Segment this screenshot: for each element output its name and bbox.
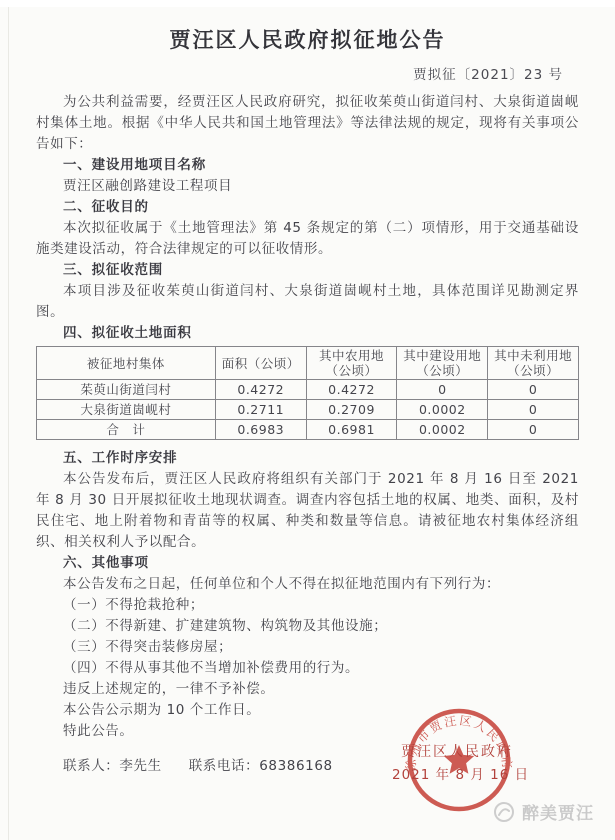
section1-heading: 一、建设用地项目名称 [36,155,579,176]
table-header-cell: 面积（公顷） [215,347,306,380]
section2-heading: 二、征收目的 [36,197,579,218]
section6-heading: 六、其他事项 [36,553,579,574]
watermark: 醉美贾汪 [492,799,594,824]
table-cell: 0 [397,380,488,400]
table-cell: 0.6981 [306,420,397,440]
table-row: 大泉街道崮岘村 0.2711 0.2709 0.0002 0 [37,400,579,420]
section6-item: （四）不得从事其他不当增加补偿费用的行为。 [36,658,579,679]
table-cell: 大泉街道崮岘村 [37,400,216,420]
table-cell: 茱萸山街道闫村 [37,380,216,400]
section6-item: （一）不得抢栽抢种； [36,595,579,616]
table-cell: 0 [488,380,579,400]
table-cell: 0.4272 [215,380,306,400]
intro-paragraph: 为公共利益需要，经贾汪区人民政府研究，拟征收茱萸山街道闫村、大泉街道崮岘村集体土… [36,92,579,155]
table-cell: 合 计 [37,420,216,440]
table-header-cell: 其中未利用地（公顷） [488,347,579,380]
document-number: 贾拟征〔2021〕23 号 [36,66,579,85]
watermark-text: 醉美贾汪 [522,799,594,824]
page-title: 贾汪区人民政府拟征地公告 [36,26,579,54]
table-cell: 0 [488,420,579,440]
signature-date: 2021 年 8 月 16 日 [392,763,529,783]
section6-lead: 本公告发布之日起，任何单位和个人不得在拟征地范围内有下列行为： [36,574,579,595]
section3-body: 本项目涉及征收茱萸山街道闫村、大泉街道崮岘村土地，具体范围详见勘测定界图。 [36,281,579,323]
closing-note: 特此公告。 [36,721,579,742]
table-header-row: 被征地村集体 面积（公顷） 其中农用地（公顷） 其中建设用地（公顷） 其中未利用… [37,347,579,380]
section6-item: （二）不得新建、扩建建筑物、构筑物及其他设施； [36,616,579,637]
table-cell: 0 [488,400,579,420]
table-cell: 0.0002 [397,400,488,420]
section6-item: （三）不得突击装修房屋； [36,637,579,658]
announcement-page: 贾汪区人民政府拟征地公告 贾拟征〔2021〕23 号 为公共利益需要，经贾汪区人… [0,0,615,840]
no-compensation-note: 违反上述规定的，一律不予补偿。 [36,679,579,700]
land-area-table: 被征地村集体 面积（公顷） 其中农用地（公顷） 其中建设用地（公顷） 其中未利用… [36,346,579,440]
land-area-table-wrap: 被征地村集体 面积（公顷） 其中农用地（公顷） 其中建设用地（公顷） 其中未利用… [36,346,579,440]
table-header-cell: 其中建设用地（公顷） [397,347,488,380]
section5-heading: 五、工作时序安排 [36,448,579,469]
table-cell: 0.4272 [306,380,397,400]
table-cell: 0.0002 [397,420,488,440]
table-cell: 0.2709 [306,400,397,420]
section5-body: 本公告发布后，贾汪区人民政府将组织有关部门于 2021 年 8 月 16 日至 … [36,469,579,553]
signature-authority: 贾汪区人民政府 [401,741,513,761]
section2-body: 本次拟征收属于《土地管理法》第 45 条规定的第（二）项情形，用于交通基础设施类… [36,218,579,260]
table-header-cell: 被征地村集体 [37,347,216,380]
document-content: 贾汪区人民政府拟征地公告 贾拟征〔2021〕23 号 为公共利益需要，经贾汪区人… [0,26,615,777]
table-row: 茱萸山街道闫村 0.4272 0.4272 0 0 [37,380,579,400]
publicity-period-note: 本公告公示期为 10 个工作日。 [36,700,579,721]
table-cell: 0.2711 [215,400,306,420]
section4-heading: 四、拟征收土地面积 [36,323,579,344]
contact-person: 联系人：李先生 [63,758,162,774]
watermark-logo-icon [492,800,516,824]
contact-phone: 联系电话：68386168 [189,758,333,774]
table-header-cell: 其中农用地（公顷） [306,347,397,380]
section1-body: 贾汪区融创路建设工程项目 [36,176,579,197]
section3-heading: 三、拟征收范围 [36,260,579,281]
table-row-total: 合 计 0.6983 0.6981 0.0002 0 [37,420,579,440]
table-cell: 0.6983 [215,420,306,440]
